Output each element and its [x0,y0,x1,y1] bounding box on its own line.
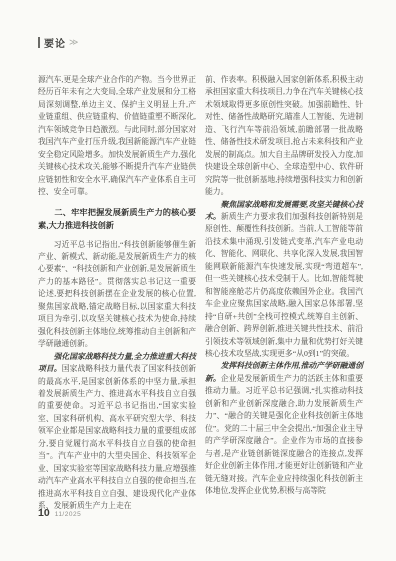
paragraph-text: 国家战略科技力量代表了国家科技创新的最高水平,是国家创新体系的中坚力量,承担着发… [38,364,196,510]
double-chevron-icon: ≫ [69,38,78,48]
left-column: 源汽车,更是全球产业合作的产物。当今世界正经历百年未有之大变局,全球产业发展和分… [38,74,196,513]
paragraph-text: 新质生产力要求我们加强科技创新特别是原创性、颠覆性科技创新。当前,人工智能等前沿… [205,212,363,358]
page-number: 10 [38,507,50,519]
section-header: 要论 ≫ [38,35,78,50]
paragraph: 发挥科技创新主体作用,推动产学研融通创新。企业是发展新质生产力的活跃主体和重要推… [205,360,363,497]
header-rule [38,37,40,48]
paragraph-continuation: 前、作表率。积极融入国家创新体系,积极主动承担国家重大科技项目,力争在汽车关键核… [205,74,363,199]
paragraph: 聚焦国家战略和发展需要,攻坚关键核心技术。新质生产力要求我们加强科技创新特别是原… [205,199,363,361]
article-body: 源汽车,更是全球产业合作的产物。当今世界正经历百年未有之大变局,全球产业发展和分… [38,74,363,513]
section-header-label: 要论 [44,35,66,50]
magazine-page: 要论 ≫ 源汽车,更是全球产业合作的产物。当今世界正经历百年未有之大变局,全球产… [0,0,396,561]
paragraph: 习近平总书记指出,“科技创新能够催生新产业、新模式、新动能,是发展新质生产力的核… [38,239,196,351]
paragraph: 强化国家战略科技力量,全力推进重大科技项目。国家战略科技力量代表了国家科技创新的… [38,351,196,513]
section-heading: 二、牢牢把握发展新质生产力的核心要素,大力推进科技创新 [38,206,196,232]
paragraph-continuation: 源汽车,更是全球产业合作的产物。当今世界正经历百年未有之大变局,全球产业发展和分… [38,74,196,199]
paragraph-text: 企业是发展新质生产力的活跃主体和重要推动力量。习近平总书记强调,“扎实推动科技创… [205,374,363,495]
page-footer: 10 11/2025 [38,507,81,519]
right-column: 前、作表率。积极融入国家创新体系,积极主动承担国家重大科技项目,力争在汽车关键核… [205,74,363,513]
issue-number: 11/2025 [55,511,82,518]
